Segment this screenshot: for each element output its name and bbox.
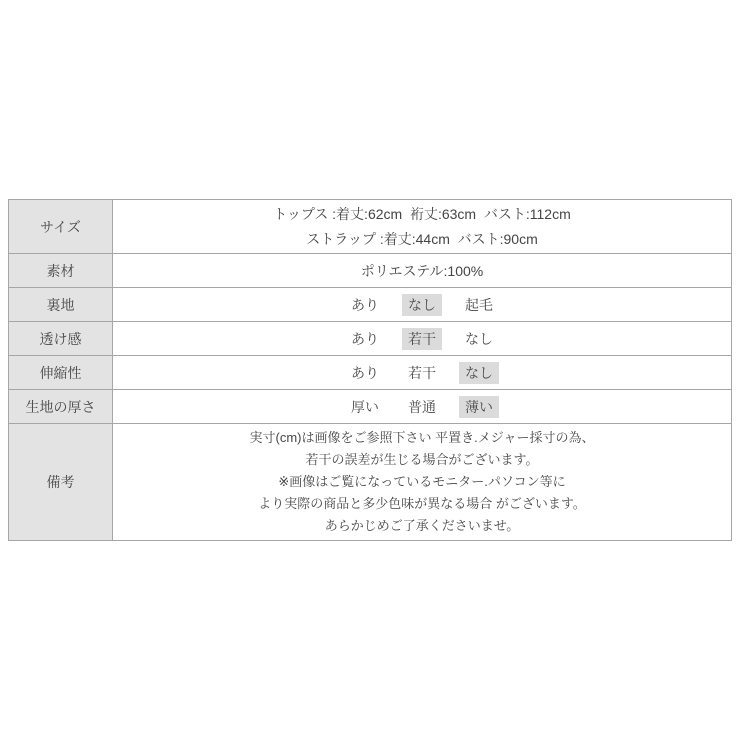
thickness-option-atsui: 厚い: [345, 396, 385, 418]
row-size: サイズ トップス :着丈:62cm 裄丈:63cm バスト:112cm ストラッ…: [9, 200, 731, 253]
row-notes-value: 実寸(cm)は画像をご参照下さい 平置き.メジャー採寸の為、 若干の誤差が生じる…: [113, 424, 731, 540]
sheerness-options: あり 若干 なし: [345, 328, 499, 350]
row-lining-value: あり なし 起毛: [113, 288, 731, 321]
size-line-strap: ストラップ :着丈:44cm バスト:90cm: [306, 227, 538, 252]
row-material-value: ポリエステル:100%: [113, 254, 731, 287]
row-sheerness: 透け感 あり 若干 なし: [9, 321, 731, 355]
row-size-value: トップス :着丈:62cm 裄丈:63cm バスト:112cm ストラップ :着…: [113, 200, 731, 253]
notes-line-5: あらかじめご了承くださいませ。: [325, 515, 520, 537]
product-spec-table: サイズ トップス :着丈:62cm 裄丈:63cm バスト:112cm ストラッ…: [8, 199, 732, 541]
row-notes-label: 備考: [9, 424, 113, 540]
row-sheerness-label: 透け感: [9, 322, 113, 355]
row-stretch-label: 伸縮性: [9, 356, 113, 389]
stretch-options: あり 若干 なし: [345, 362, 499, 384]
thickness-option-futsuu: 普通: [402, 396, 442, 418]
size-line-tops: トップス :着丈:62cm 裄丈:63cm バスト:112cm: [273, 202, 570, 227]
row-thickness-label: 生地の厚さ: [9, 390, 113, 423]
notes-line-4: より実際の商品と多少色味が異なる場合 がございます。: [258, 493, 586, 515]
lining-option-kimo: 起毛: [459, 294, 499, 316]
row-stretch: 伸縮性 あり 若干 なし: [9, 355, 731, 389]
stretch-option-ari: あり: [345, 362, 385, 384]
row-stretch-value: あり 若干 なし: [113, 356, 731, 389]
row-notes: 備考 実寸(cm)は画像をご参照下さい 平置き.メジャー採寸の為、 若干の誤差が…: [9, 423, 731, 540]
sheerness-option-ari: あり: [345, 328, 385, 350]
row-thickness: 生地の厚さ 厚い 普通 薄い: [9, 389, 731, 423]
stretch-option-jakkan: 若干: [402, 362, 442, 384]
notes-line-3: ※画像はご覧になっているモニター.パソコン等に: [278, 471, 565, 493]
thickness-options: 厚い 普通 薄い: [345, 396, 499, 418]
row-material-label: 素材: [9, 254, 113, 287]
sheerness-option-nashi: なし: [459, 328, 499, 350]
row-thickness-value: 厚い 普通 薄い: [113, 390, 731, 423]
stretch-option-nashi-selected: なし: [459, 362, 499, 384]
thickness-option-usui-selected: 薄い: [459, 396, 499, 418]
row-material: 素材 ポリエステル:100%: [9, 253, 731, 287]
notes-line-1: 実寸(cm)は画像をご参照下さい 平置き.メジャー採寸の為、: [250, 427, 595, 449]
row-lining: 裏地 あり なし 起毛: [9, 287, 731, 321]
lining-options: あり なし 起毛: [345, 294, 499, 316]
lining-option-nashi-selected: なし: [402, 294, 442, 316]
row-lining-label: 裏地: [9, 288, 113, 321]
lining-option-ari: あり: [345, 294, 385, 316]
sheerness-option-jakkan-selected: 若干: [402, 328, 442, 350]
notes-line-2: 若干の誤差が生じる場合がございます。: [306, 449, 539, 471]
row-size-label: サイズ: [9, 200, 113, 253]
row-sheerness-value: あり 若干 なし: [113, 322, 731, 355]
